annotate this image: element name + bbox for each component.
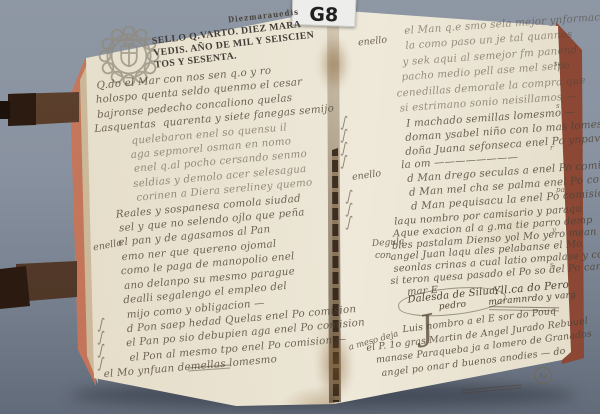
- pen-squiggle-mark: ∫: [340, 153, 349, 170]
- right-margin-note-4: con: [375, 251, 391, 261]
- manuscript-photo: G8 Diezmarauedis SELLO Q.VARTO. DIEZ MAR…: [0, 0, 600, 414]
- tag-label: G8: [309, 4, 339, 25]
- left-page-handwriting: Q.do el Mar con nos sen q.o y roholospo …: [94, 57, 368, 380]
- pen-squiggle-mark: ∫: [345, 214, 354, 231]
- edge-ghost-text: sei: [554, 60, 565, 68]
- edge-ghost-text: pa: [556, 186, 565, 194]
- edge-ghost-text: y: [552, 226, 556, 234]
- edge-ghost-text: r: [550, 144, 554, 152]
- right-margin-marks-upper: ∫∫∫∫: [341, 116, 347, 168]
- strap-top-hook: [0, 101, 10, 119]
- folio-number-stamp: 49: [533, 366, 553, 385]
- edge-ghost-text: s: [550, 261, 554, 269]
- pen-squiggle-mark: ∫: [97, 355, 106, 372]
- right-margin-marks-lower: ∫∫∫: [346, 190, 352, 229]
- fore-edge-ghost-marks: seisrpays: [550, 56, 580, 306]
- left-margin-paragraph-marks: ∫∫∫∫: [98, 318, 104, 370]
- edge-ghost-text: s: [556, 102, 560, 110]
